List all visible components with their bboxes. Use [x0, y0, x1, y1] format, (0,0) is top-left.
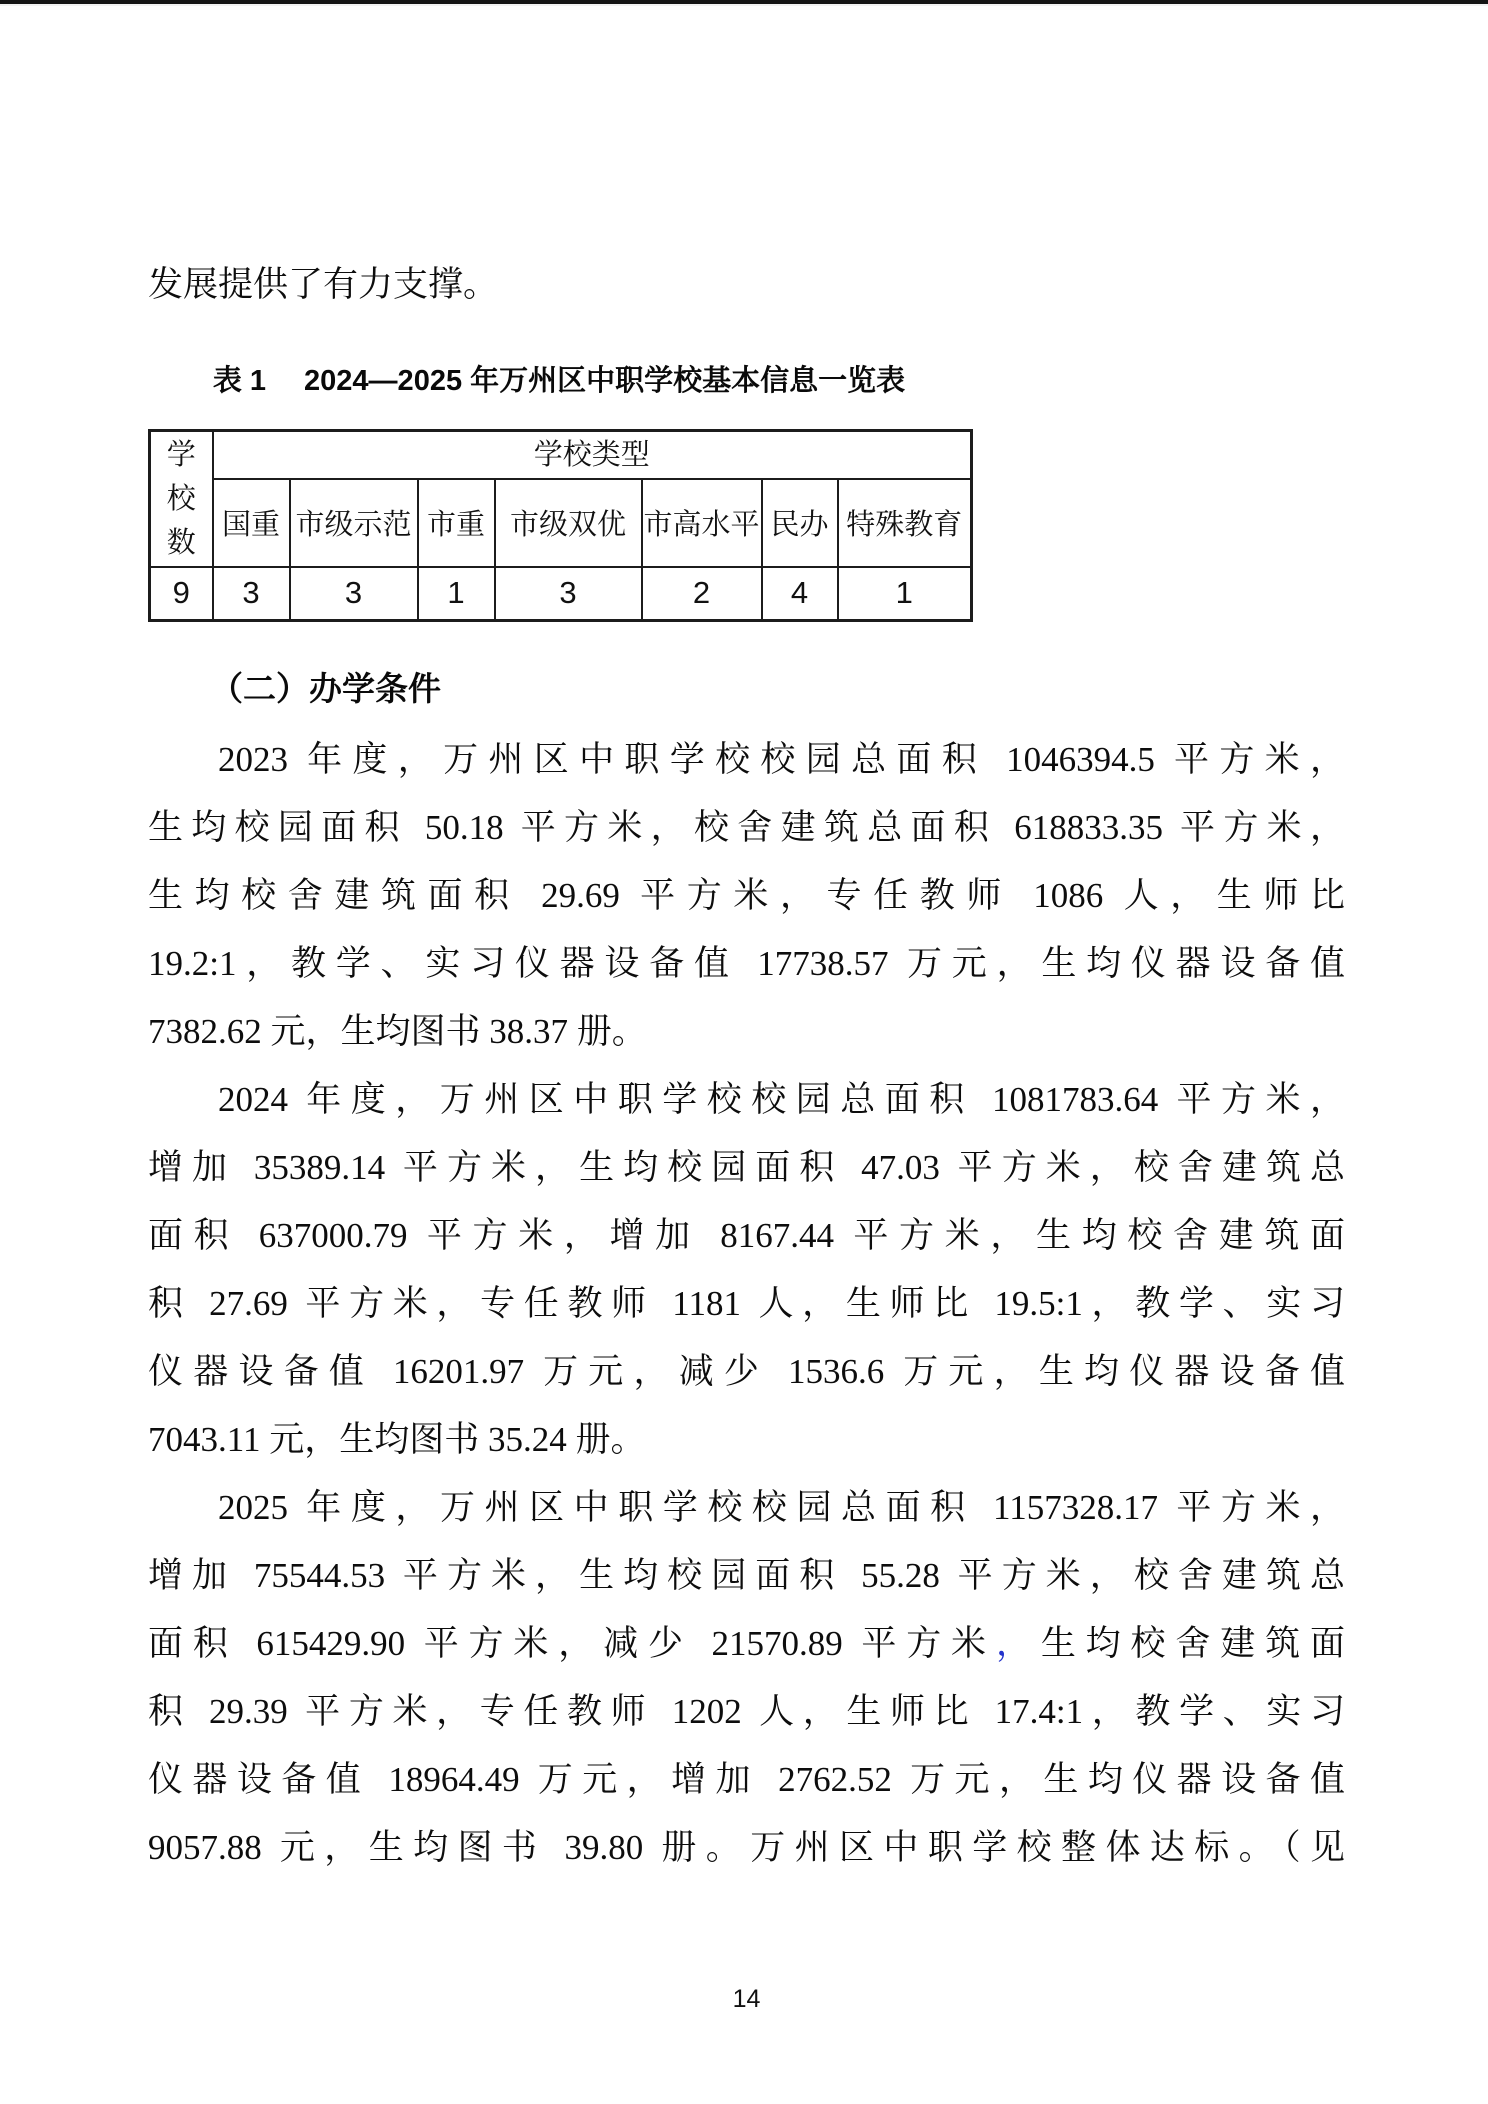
paragraph-line: 增加 35389.14 平方米，生均校园面积 47.03 平方米，校舍建筑总: [148, 1134, 1345, 1202]
column-header-shiji-shuangyou: 市级双优: [495, 479, 642, 567]
school-info-table: 学校数 学校类型 国重 市级示范 市重 市级双优 市高水平 民办 特殊教育 9 …: [148, 429, 973, 622]
page-number: 14: [148, 1984, 1345, 2014]
paragraph-line: 2024 年度，万州区中职学校校园总面积 1081783.64 平方米，: [148, 1066, 1345, 1134]
paragraph-line: 积 27.69 平方米，专任教师 1181 人，生师比 19.5:1，教学、实习: [148, 1270, 1345, 1338]
column-header-shiji-shifan: 市级示范: [290, 479, 418, 567]
page-top-edge: [0, 0, 1488, 6]
intro-paragraph-line: 发展提供了有力支撑。: [148, 251, 1345, 319]
value-cell-shizhong: 1: [418, 567, 495, 621]
corner-header-school-count: 学校数: [150, 431, 213, 567]
table-caption-label: 表 1: [213, 365, 266, 397]
column-header-shizhong: 市重: [418, 479, 495, 567]
paragraph-line: 生均校舍建筑面积 29.69 平方米，专任教师 1086 人，生师比: [148, 862, 1345, 930]
section-heading: （二）办学条件: [148, 666, 1345, 712]
paragraph-line: 生均校园面积 50.18 平方米，校舍建筑总面积 618833.35 平方米，: [148, 794, 1345, 862]
table-caption: 表 12024—2025 年万州区中职学校基本信息一览表: [148, 361, 970, 401]
value-cell-teshu-jiaoyu: 1: [838, 567, 972, 621]
blue-comma: ，: [996, 1624, 1041, 1663]
paragraph-line: 2025 年度，万州区中职学校校园总面积 1157328.17 平方米，: [148, 1474, 1345, 1542]
value-cell-guozhong: 3: [213, 567, 290, 621]
column-header-shi-gaoshuiping: 市高水平: [642, 479, 762, 567]
page-content: 发展提供了有力支撑。 表 12024—2025 年万州区中职学校基本信息一览表 …: [0, 251, 1488, 2014]
table-header-row-columns: 国重 市级示范 市重 市级双优 市高水平 民办 特殊教育: [150, 479, 972, 567]
group-header-school-type: 学校类型: [213, 431, 972, 479]
value-cell-shi-gaoshuiping: 2: [642, 567, 762, 621]
paragraph-2023: 2023 年度，万州区中职学校校园总面积 1046394.5 平方米， 生均校园…: [148, 726, 1345, 1066]
paragraph-line: 7382.62 元，生均图书 38.37 册。: [148, 998, 1345, 1066]
paragraph-line: 9057.88 元，生均图书 39.80 册。万州区中职学校整体达标。（见: [148, 1814, 1345, 1882]
paragraph-line: 积 29.39 平方米，专任教师 1202 人，生师比 17.4:1，教学、实习: [148, 1678, 1345, 1746]
paragraph-line: 7043.11 元，生均图书 35.24 册。: [148, 1406, 1345, 1474]
table-header-row-group: 学校数 学校类型: [150, 431, 972, 479]
table-caption-title: 2024—2025 年万州区中职学校基本信息一览表: [304, 365, 905, 397]
table-data-row: 9 3 3 1 3 2 4 1: [150, 567, 972, 621]
value-cell-minban: 4: [762, 567, 838, 621]
paragraph-text-segment: 面积 615429.90 平方米，减少 21570.89 平方米: [148, 1624, 996, 1663]
column-header-teshu-jiaoyu: 特殊教育: [838, 479, 972, 567]
column-header-guozhong: 国重: [213, 479, 290, 567]
value-cell-shiji-shuangyou: 3: [495, 567, 642, 621]
paragraph-line: 增加 75544.53 平方米，生均校园面积 55.28 平方米，校舍建筑总: [148, 1542, 1345, 1610]
paragraph-line: 19.2:1，教学、实习仪器设备值 17738.57 万元，生均仪器设备值: [148, 930, 1345, 998]
paragraph-2025: 2025 年度，万州区中职学校校园总面积 1157328.17 平方米， 增加 …: [148, 1474, 1345, 1882]
column-header-minban: 民办: [762, 479, 838, 567]
value-cell-shiji-shifan: 3: [290, 567, 418, 621]
document-page: 发展提供了有力支撑。 表 12024—2025 年万州区中职学校基本信息一览表 …: [0, 0, 1488, 2104]
paragraph-line: 面积 637000.79 平方米，增加 8167.44 平方米，生均校舍建筑面: [148, 1202, 1345, 1270]
paragraph-line: 仪器设备值 16201.97 万元，减少 1536.6 万元，生均仪器设备值: [148, 1338, 1345, 1406]
paragraph-line: 2023 年度，万州区中职学校校园总面积 1046394.5 平方米，: [148, 726, 1345, 794]
school-total-cell: 9: [150, 567, 213, 621]
paragraph-2024: 2024 年度，万州区中职学校校园总面积 1081783.64 平方米， 增加 …: [148, 1066, 1345, 1474]
paragraph-text-segment: 生均校舍建筑面: [1041, 1624, 1345, 1663]
paragraph-line: 仪器设备值 18964.49 万元，增加 2762.52 万元，生均仪器设备值: [148, 1746, 1345, 1814]
paragraph-line-with-blue-comma: 面积 615429.90 平方米，减少 21570.89 平方米，生均校舍建筑面: [148, 1610, 1345, 1678]
